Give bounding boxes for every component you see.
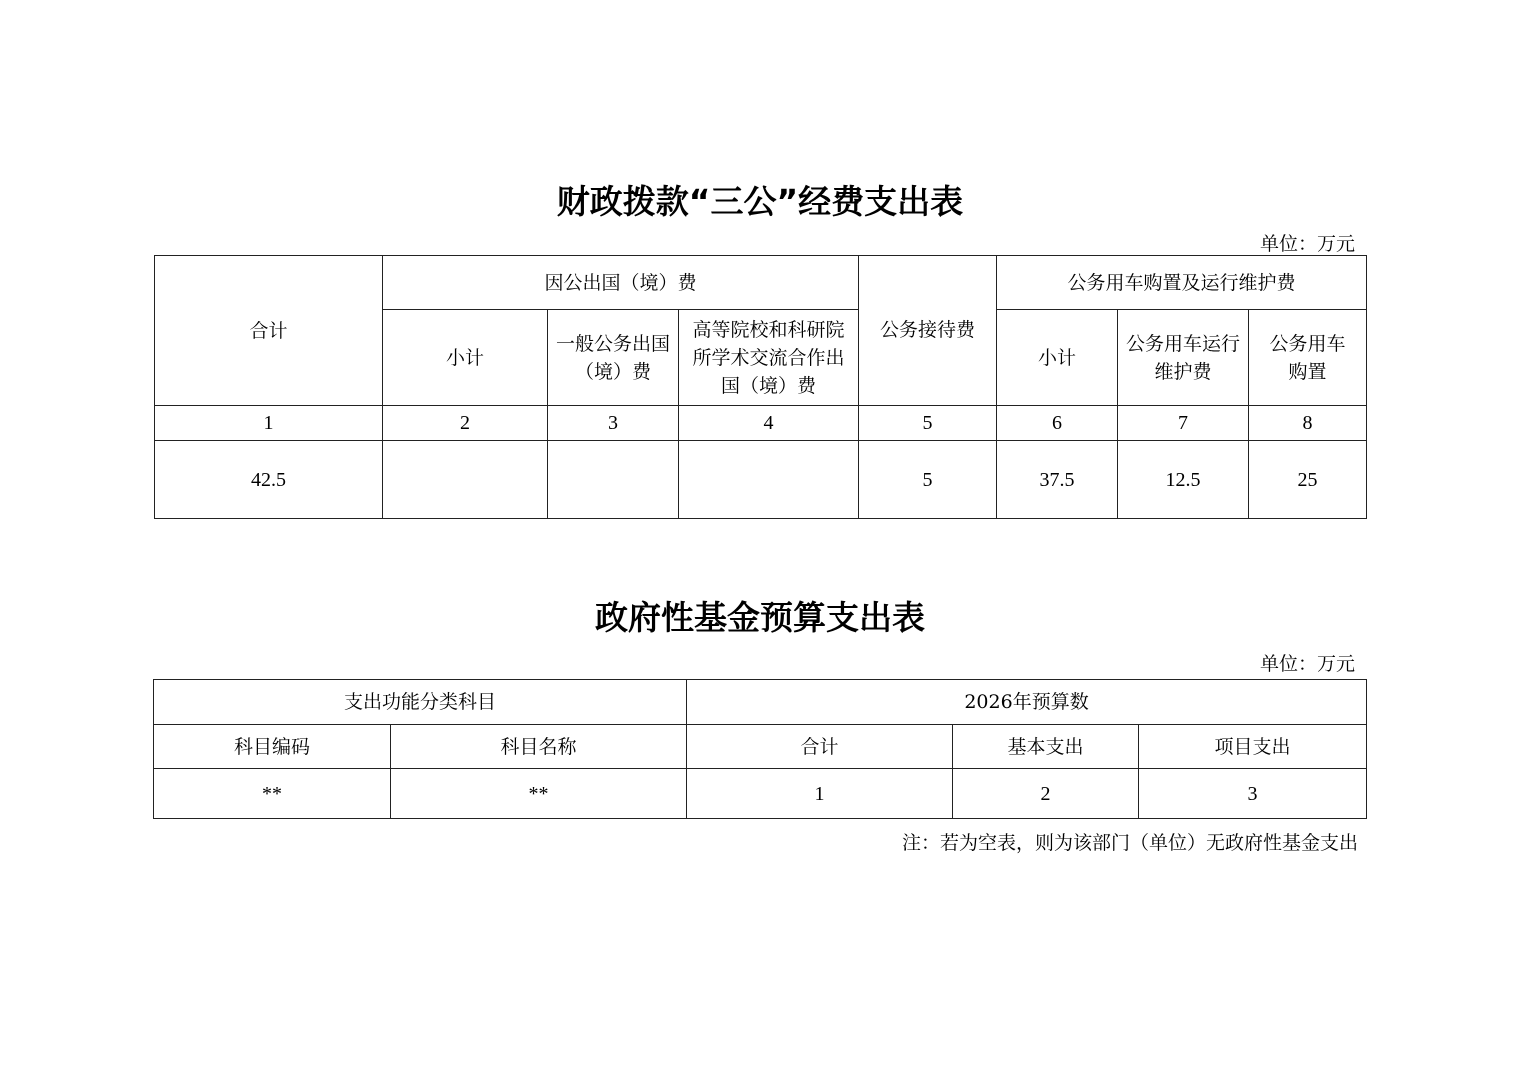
value-abroad-subtotal [383, 441, 548, 519]
index-cell: 8 [1249, 406, 1367, 441]
header-vehicle-operation: 公务用车运行维护费 [1118, 310, 1249, 406]
header-vehicle-subtotal: 小计 [997, 310, 1118, 406]
index-cell: 4 [679, 406, 859, 441]
header-vehicle-purchase: 公务用车购置 [1249, 310, 1367, 406]
index-cell: 7 [1118, 406, 1249, 441]
value-vehicle-operation: 12.5 [1118, 441, 1249, 519]
header-total: 合计 [155, 256, 383, 406]
three-public-expenses-table: 合计 因公出国（境）费 公务接待费 公务用车购置及运行维护费 小计 一般公务出国… [154, 255, 1367, 519]
table1-unit: 单位：万元 [1260, 229, 1355, 256]
value-project: 3 [1139, 769, 1367, 819]
value-vehicle-subtotal: 37.5 [997, 441, 1118, 519]
value-vehicle-purchase: 25 [1249, 441, 1367, 519]
index-cell: 6 [997, 406, 1118, 441]
header-category-group: 支出功能分类科目 [154, 680, 687, 725]
header-project: 项目支出 [1139, 725, 1367, 769]
value-total: 1 [687, 769, 953, 819]
index-cell: 3 [548, 406, 679, 441]
header-vehicle-group: 公务用车购置及运行维护费 [997, 256, 1367, 310]
table2-unit: 单位：万元 [1260, 649, 1355, 676]
table2-note: 注：若为空表，则为该部门（单位）无政府性基金支出 [902, 828, 1358, 855]
header-abroad-general: 一般公务出国（境）费 [548, 310, 679, 406]
header-code: 科目编码 [154, 725, 391, 769]
value-total: 42.5 [155, 441, 383, 519]
header-abroad-academic: 高等院校和科研院所学术交流合作出国（境）费 [679, 310, 859, 406]
header-basic: 基本支出 [953, 725, 1139, 769]
value-basic: 2 [953, 769, 1139, 819]
header-name: 科目名称 [391, 725, 687, 769]
index-cell: 5 [859, 406, 997, 441]
government-fund-budget-table: 支出功能分类科目 2026年预算数 科目编码 科目名称 合计 基本支出 项目支出… [153, 679, 1367, 819]
value-abroad-academic [679, 441, 859, 519]
value-name: ** [391, 769, 687, 819]
header-budget-group: 2026年预算数 [687, 680, 1367, 725]
value-reception: 5 [859, 441, 997, 519]
value-abroad-general [548, 441, 679, 519]
header-abroad-group: 因公出国（境）费 [383, 256, 859, 310]
header-reception: 公务接待费 [859, 256, 997, 406]
index-cell: 2 [383, 406, 548, 441]
header-total: 合计 [687, 725, 953, 769]
table1-title: 财政拨款“三公”经费支出表 [0, 176, 1520, 223]
value-code: ** [154, 769, 391, 819]
index-cell: 1 [155, 406, 383, 441]
header-abroad-subtotal: 小计 [383, 310, 548, 406]
table2-title: 政府性基金预算支出表 [0, 592, 1520, 639]
